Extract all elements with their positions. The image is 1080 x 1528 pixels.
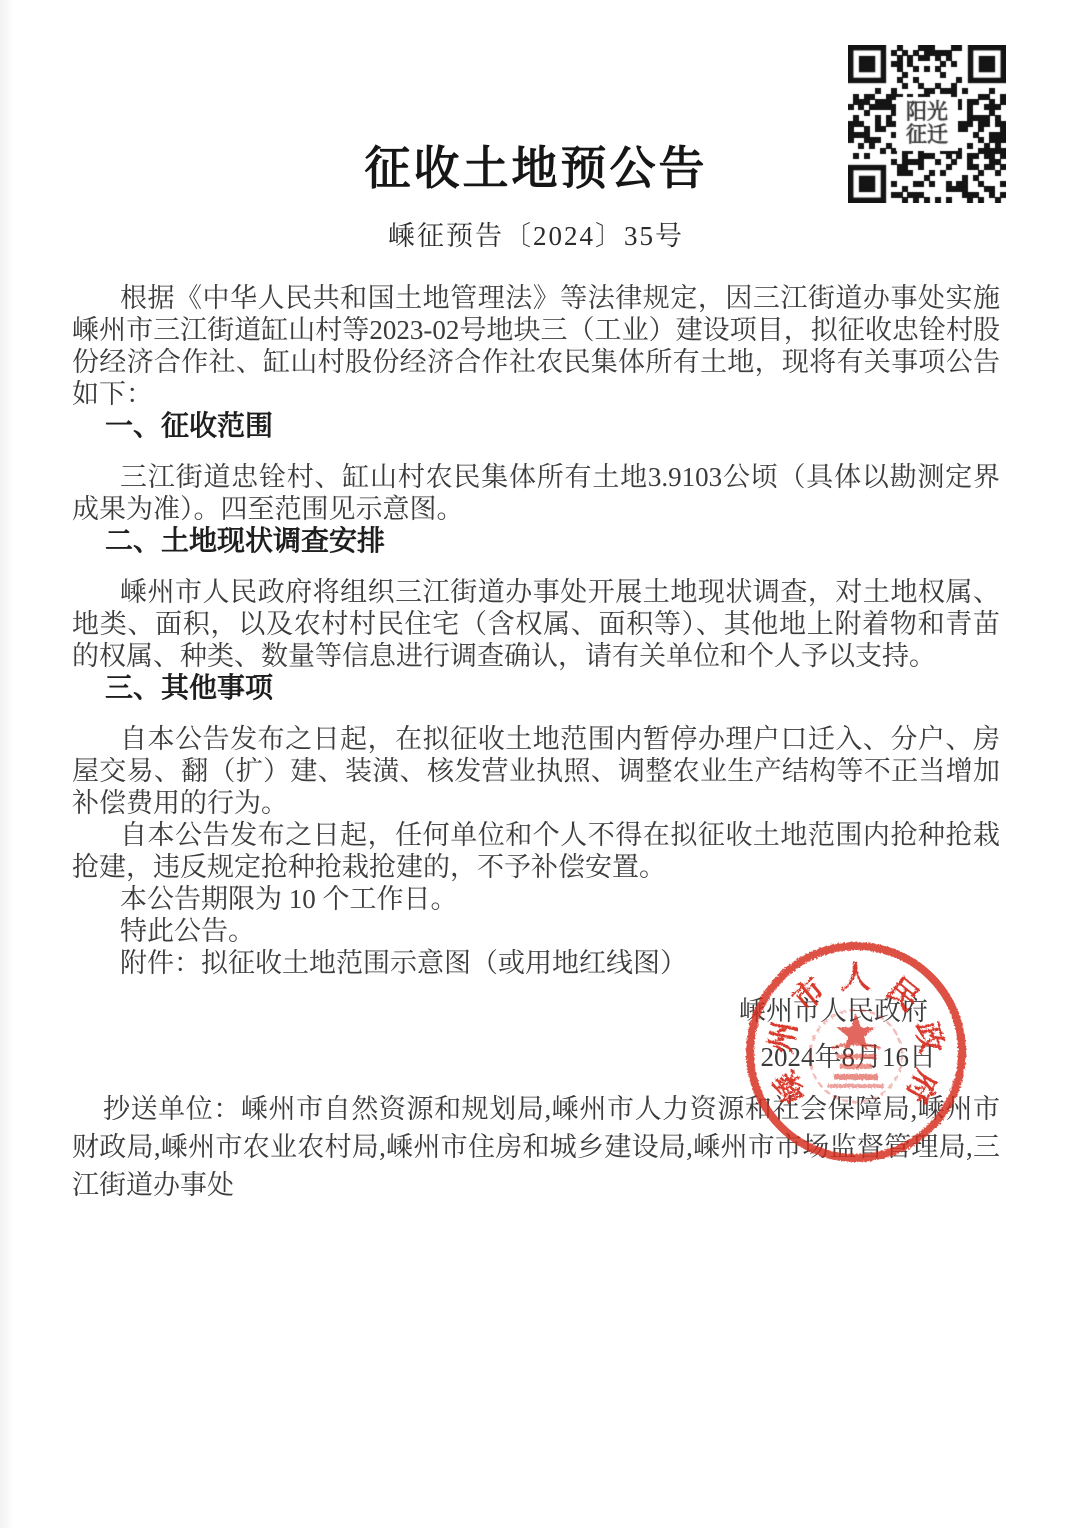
hereby-announced-line: 特此公告。 — [72, 915, 1000, 947]
section-3-paragraph-1: 自本公告发布之日起，在拟征收土地范围内暂停办理户口迁入、分户、房屋交易、翻（扩）… — [72, 723, 1000, 819]
section-1-heading: 一、征收范围 — [72, 410, 1000, 444]
announcement-document: 征收土地预公告 嵊征预告〔2024〕35号 根据《中华人民共和国土地管理法》等法… — [0, 0, 1080, 1528]
cc-paragraph: 抄送单位：嵊州市自然资源和规划局,嵊州市人力资源和社会保障局,嵊州市财政局,嵊州… — [72, 1090, 1000, 1204]
intro-paragraph: 根据《中华人民共和国土地管理法》等法律规定，因三江街道办事处实施嵊州市三江街道缸… — [72, 282, 1000, 410]
section-3-heading: 三、其他事项 — [72, 672, 1000, 706]
signature-block: 嵊州市人民政府 2024年8月16日 — [72, 995, 1000, 1074]
section-2-paragraph: 嵊州市人民政府将组织三江街道办事处开展土地现状调查，对土地权属、地类、面积，以及… — [72, 576, 1000, 672]
notice-period-line: 本公告期限为 10 个工作日。 — [72, 883, 1000, 915]
qr-code — [848, 45, 1006, 203]
section-3-paragraph-2: 自本公告发布之日起，任何单位和个人不得在拟征收土地范围内抢种抢栽抢建，违反规定抢… — [72, 819, 1000, 883]
doc-number: 嵊征预告〔2024〕35号 — [72, 220, 1000, 252]
section-2-heading: 二、土地现状调查安排 — [72, 525, 1000, 559]
attachment-line: 附件：拟征收土地范围示意图（或用地红线图） — [72, 947, 1000, 979]
section-1-paragraph: 三江街道忠铨村、缸山村农民集体所有土地3.9103公顷（具体以勘测定界成果为准）… — [72, 461, 1000, 525]
signature-issuer: 嵊州市人民政府 — [72, 995, 1000, 1028]
signature-date: 2024年8月16日 — [72, 1041, 1000, 1074]
